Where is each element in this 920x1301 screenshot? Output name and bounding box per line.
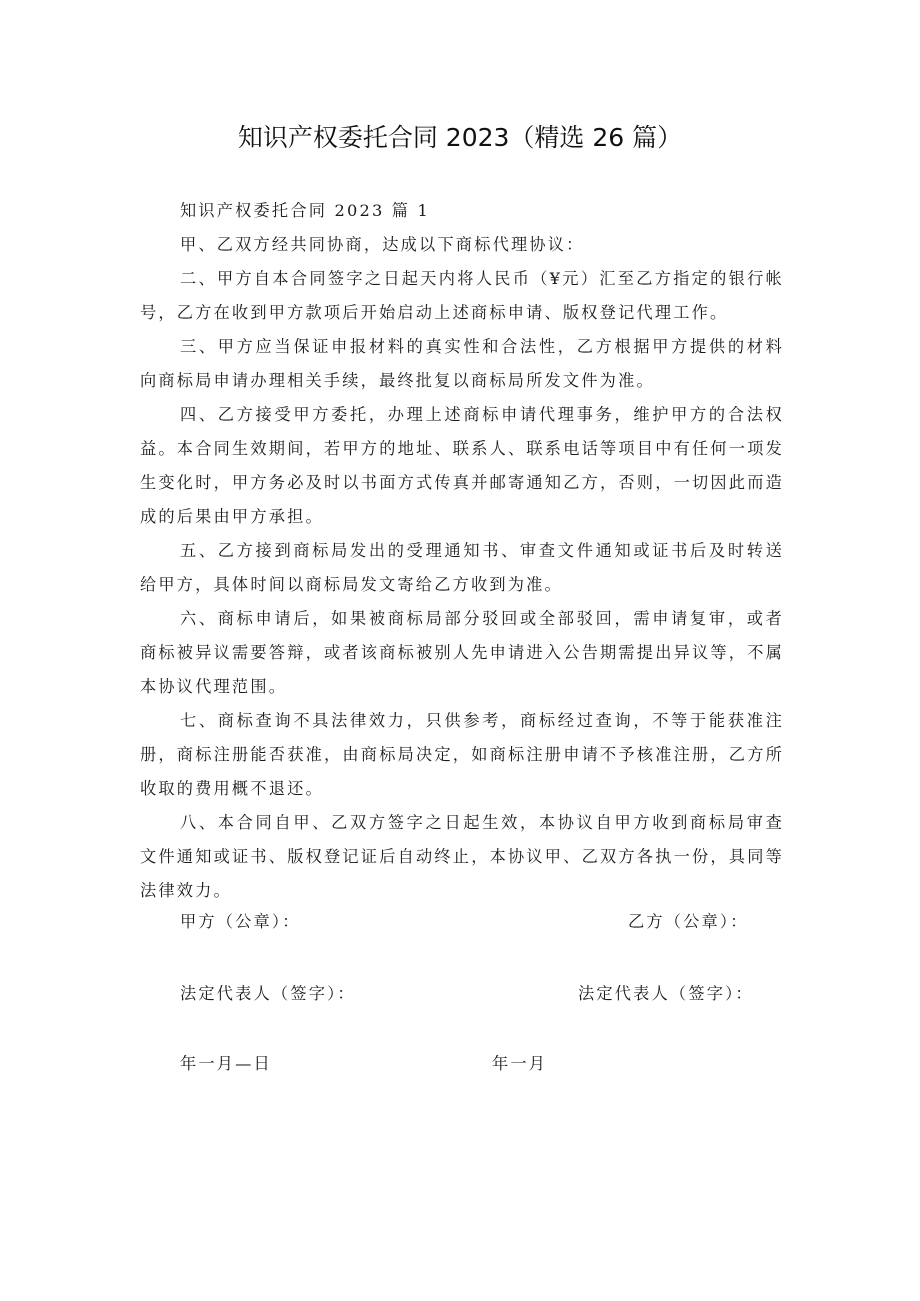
document-title: 知识产权委托合同 2023（精选 26 篇） — [0, 118, 920, 154]
section-heading: 知识产权委托合同 2023 篇 1 — [140, 194, 784, 228]
paragraph-clause-7: 七、商标查询不具法律效力，只供参考，商标经过查询，不等于能获准注册，商标注册能否… — [140, 704, 784, 806]
paragraph-clause-6: 六、商标申请后，如果被商标局部分驳回或全部驳回，需申请复审，或者商标被异议需要答… — [140, 602, 784, 704]
party-b-representative-label: 法定代表人（签字）： — [578, 980, 754, 1004]
document-page: 知识产权委托合同 2023（精选 26 篇） 知识产权委托合同 2023 篇 1… — [0, 0, 920, 1301]
paragraph-intro: 甲、乙双方经共同协商，达成以下商标代理协议： — [140, 228, 784, 262]
party-b-seal-label: 乙方（公章）： — [628, 908, 749, 932]
party-b-date-label: 年一月 — [492, 1050, 547, 1074]
paragraph-clause-2: 二、甲方自本合同签字之日起天内将人民币（¥元）汇至乙方指定的银行帐号，乙方在收到… — [140, 262, 784, 330]
party-a-date-label: 年一月—日 — [180, 1050, 272, 1074]
paragraph-clause-8: 八、本合同自甲、乙双方签字之日起生效，本协议自甲方收到商标局审查文件通知或证书、… — [140, 806, 784, 908]
paragraph-clause-4: 四、乙方接受甲方委托，办理上述商标申请代理事务，维护甲方的合法权益。本合同生效期… — [140, 398, 784, 534]
paragraph-clause-5: 五、乙方接到商标局发出的受理通知书、审查文件通知或证书后及时转送给甲方，具体时间… — [140, 534, 784, 602]
paragraph-clause-3: 三、甲方应当保证申报材料的真实性和合法性，乙方根据甲方提供的材料向商标局申请办理… — [140, 330, 784, 398]
party-a-seal-label: 甲方（公章）： — [180, 908, 301, 932]
document-body: 知识产权委托合同 2023 篇 1 甲、乙双方经共同协商，达成以下商标代理协议：… — [140, 194, 784, 908]
party-a-representative-label: 法定代表人（签字）： — [180, 980, 356, 1004]
